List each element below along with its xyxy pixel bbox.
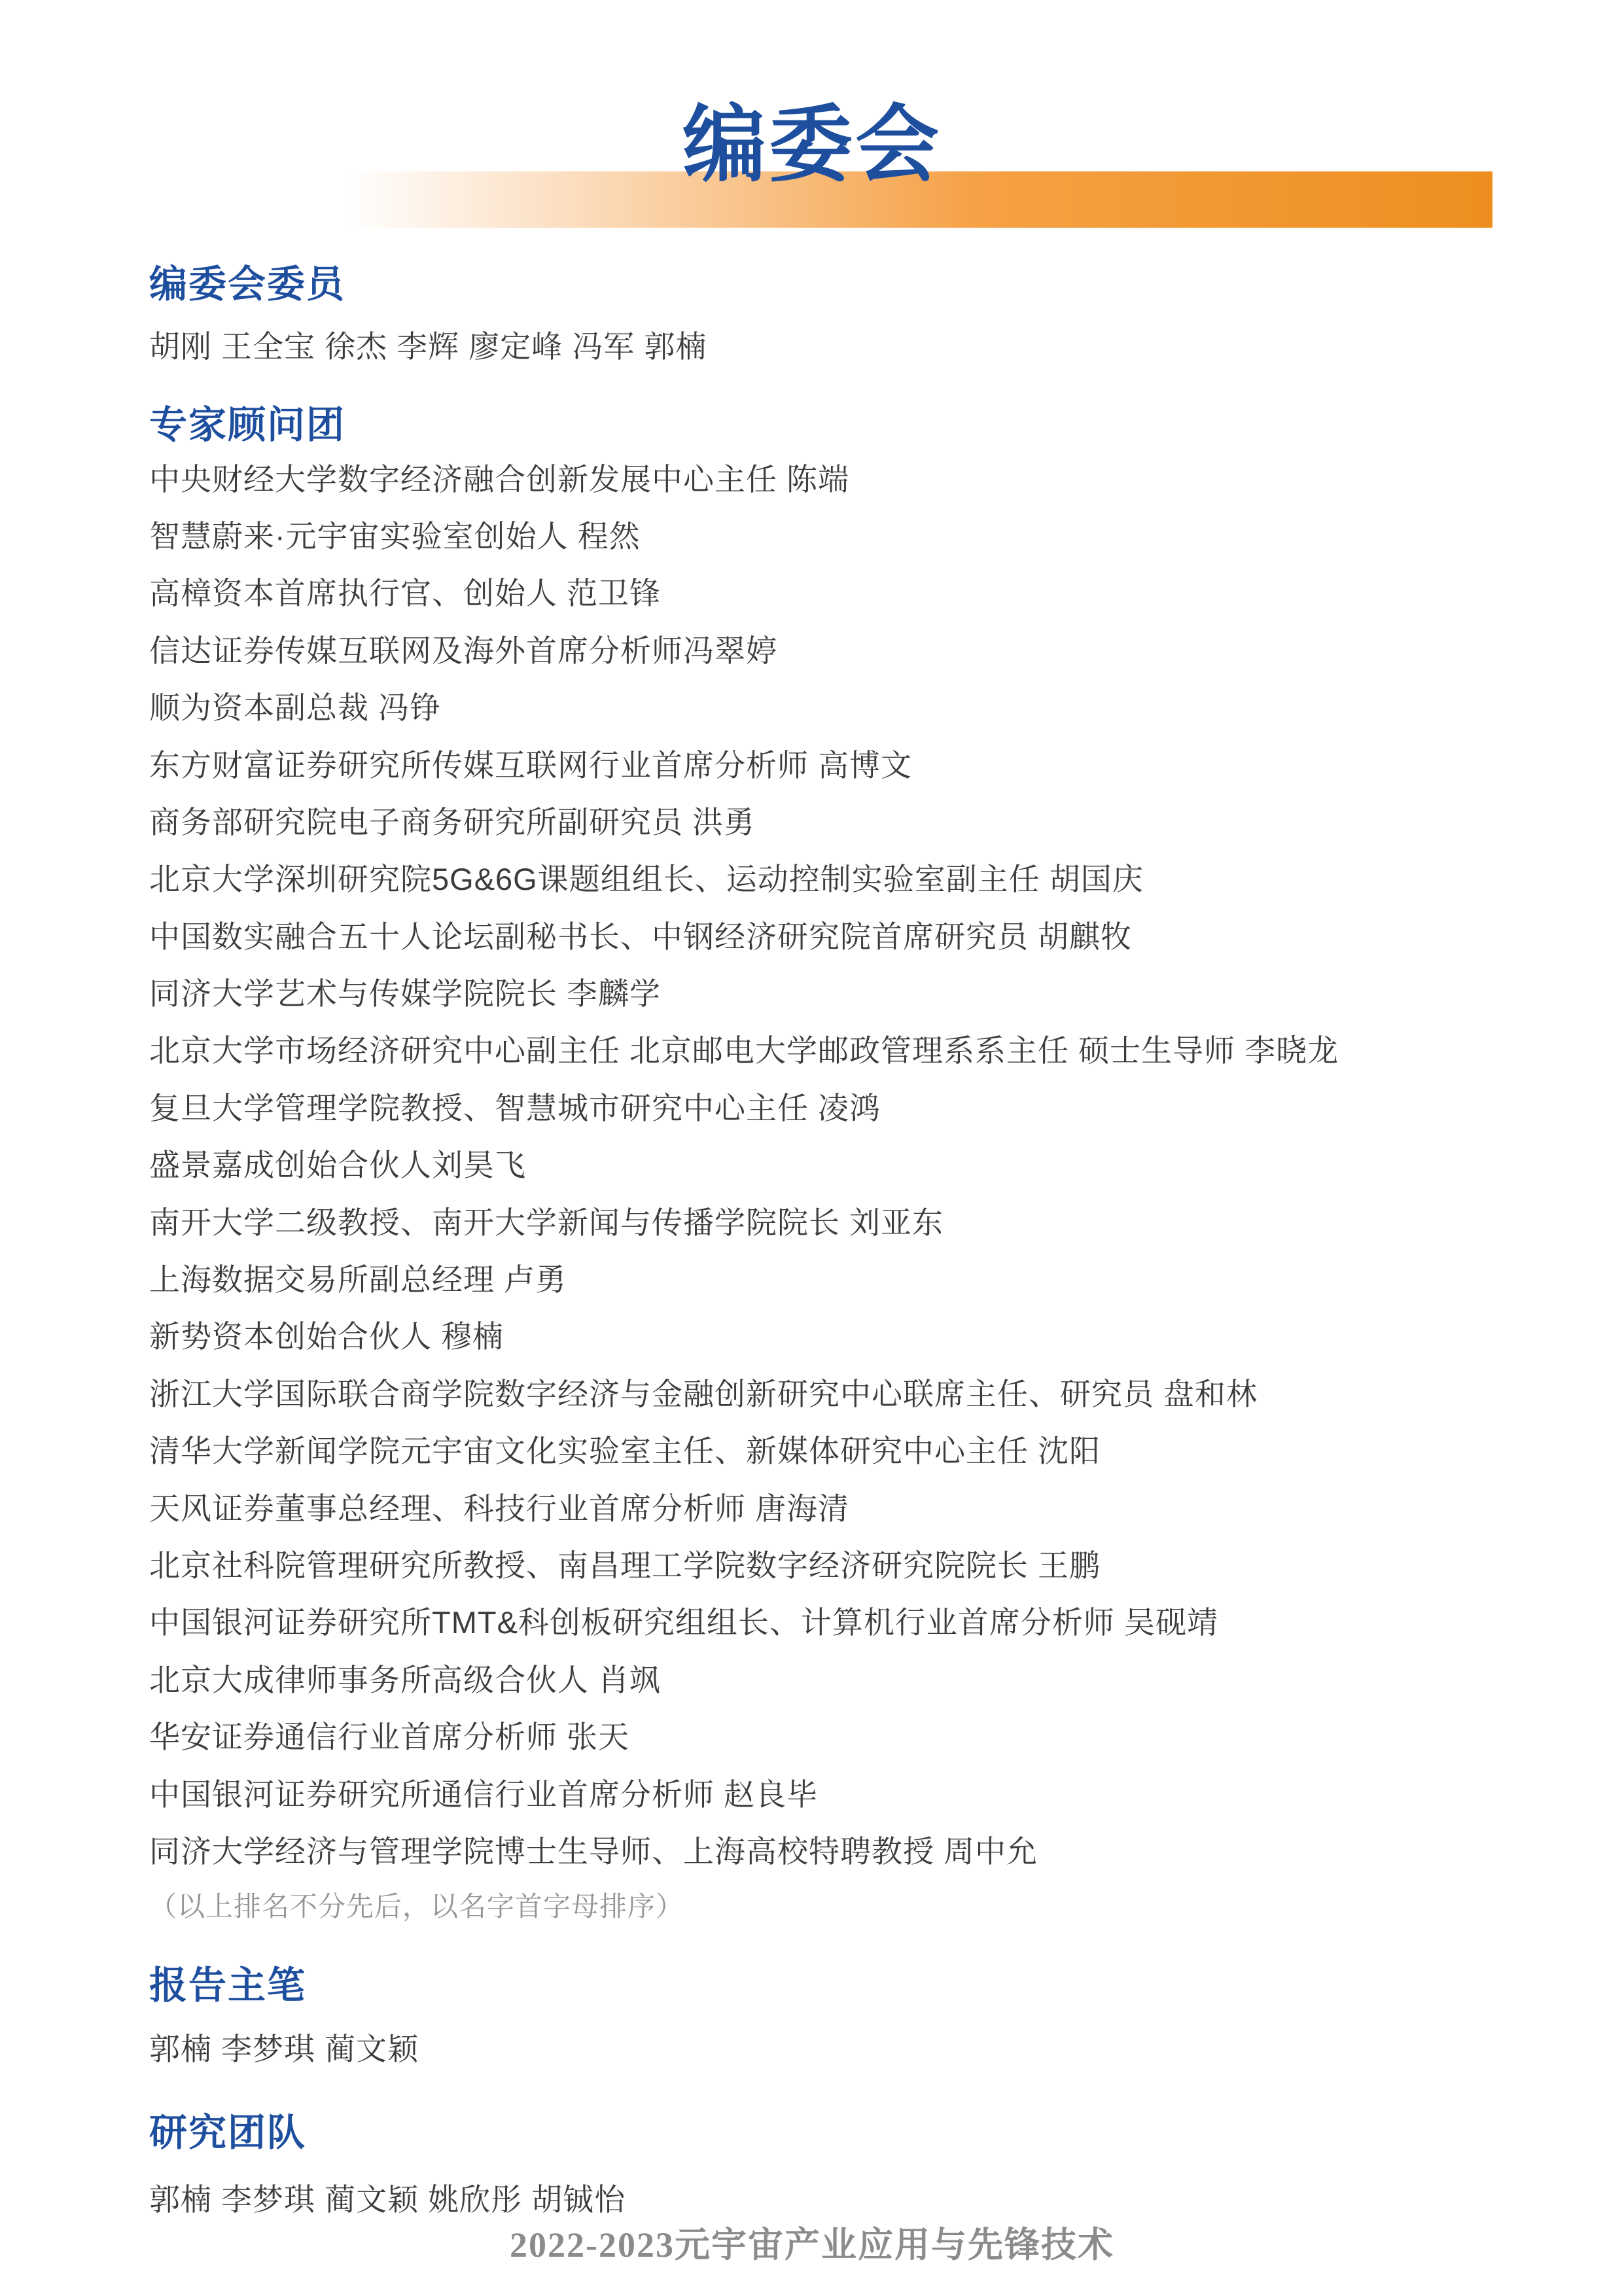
advisor-item: 高樟资本首席执行官、创始人 范卫锋 xyxy=(149,575,1493,612)
advisor-item: 新势资本创始合伙人 穆楠 xyxy=(149,1318,1493,1355)
advisor-item: 顺为资本副总裁 冯铮 xyxy=(149,690,1493,726)
advisor-item: 信达证券传媒互联网及海外首席分析师冯翠婷 xyxy=(149,633,1493,669)
advisor-item: 浙江大学国际联合商学院数字经济与金融创新研究中心联席主任、研究员 盘和林 xyxy=(149,1376,1493,1413)
advisor-item: 东方财富证券研究所传媒互联网行业首席分析师 高博文 xyxy=(149,747,1493,784)
page-content: 编委会委员 胡刚 王全宝 徐杰 李辉 廖定峰 冯军 郭楠 专家顾问团 中央财经大… xyxy=(0,262,1624,2219)
advisor-item: 同济大学艺术与传媒学院院长 李麟学 xyxy=(149,976,1493,1012)
advisor-item: 清华大学新闻学院元宇宙文化实验室主任、新媒体研究中心主任 沈阳 xyxy=(149,1433,1493,1470)
section-heading-committee: 编委会委员 xyxy=(149,262,1493,308)
advisor-item: 北京社科院管理研究所教授、南昌理工学院数字经济研究院院长 王鹏 xyxy=(149,1547,1493,1584)
section-heading-lead-writers: 报告主笔 xyxy=(149,1963,1493,2009)
advisor-list: 中央财经大学数字经济融合创新发展中心主任 陈端 智慧蔚来·元宇宙实验室创始人 程… xyxy=(149,461,1493,1871)
section-heading-advisors: 专家顾问团 xyxy=(149,402,1493,448)
advisor-item: 北京大学市场经济研究中心副主任 北京邮电大学邮政管理系系主任 硕士生导师 李晓龙 xyxy=(149,1033,1493,1069)
page-header: 编委会 xyxy=(0,0,1624,236)
advisor-item: 智慧蔚来·元宇宙实验室创始人 程然 xyxy=(149,518,1493,555)
advisor-item: 北京大成律师事务所高级合伙人 肖飒 xyxy=(149,1662,1493,1699)
advisor-item: 中国数实融合五十人论坛副秘书长、中钢经济研究院首席研究员 胡麒牧 xyxy=(149,919,1493,955)
footer-title: 2022-2023元宇宙产业应用与先锋技术 xyxy=(0,2217,1624,2267)
report-page: 编委会 编委会委员 胡刚 王全宝 徐杰 李辉 廖定峰 冯军 郭楠 专家顾问团 中… xyxy=(0,0,1624,2296)
lead-writers-members: 郭楠 李梦琪 蔺文颖 xyxy=(149,2031,1493,2068)
section-heading-research-team: 研究团队 xyxy=(149,2110,1493,2156)
advisor-item: 中国银河证券研究所TMT&科创板研究组组长、计算机行业首席分析师 吴砚靖 xyxy=(149,1604,1493,1641)
ranking-note: （以上排名不分先后，以名字首字母排序） xyxy=(149,1890,1493,1923)
advisor-item: 天风证券董事总经理、科技行业首席分析师 唐海清 xyxy=(149,1491,1493,1527)
advisor-item: 中央财经大学数字经济融合创新发展中心主任 陈端 xyxy=(149,461,1493,498)
advisor-item: 盛景嘉成创始合伙人刘昊飞 xyxy=(149,1147,1493,1184)
advisor-item: 中国银河证券研究所通信行业首席分析师 赵良毕 xyxy=(149,1776,1493,1813)
advisor-item: 商务部研究院电子商务研究所副研究员 洪勇 xyxy=(149,804,1493,841)
research-team-members: 郭楠 李梦琪 蔺文颖 姚欣彤 胡铖怡 xyxy=(149,2181,1493,2218)
advisor-item: 南开大学二级教授、南开大学新闻与传播学院院长 刘亚东 xyxy=(149,1205,1493,1241)
advisor-item: 同济大学经济与管理学院博士生导师、上海高校特聘教授 周中允 xyxy=(149,1833,1493,1870)
advisor-item: 华安证券通信行业首席分析师 张天 xyxy=(149,1719,1493,1756)
advisor-item: 复旦大学管理学院教授、智慧城市研究中心主任 凌鸿 xyxy=(149,1090,1493,1127)
page-title: 编委会 xyxy=(0,99,1624,192)
advisor-item: 北京大学深圳研究院5G&6G课题组组长、运动控制实验室副主任 胡国庆 xyxy=(149,861,1493,898)
committee-members: 胡刚 王全宝 徐杰 李辉 廖定峰 冯军 郭楠 xyxy=(149,328,1493,365)
advisor-item: 上海数据交易所副总经理 卢勇 xyxy=(149,1262,1493,1298)
